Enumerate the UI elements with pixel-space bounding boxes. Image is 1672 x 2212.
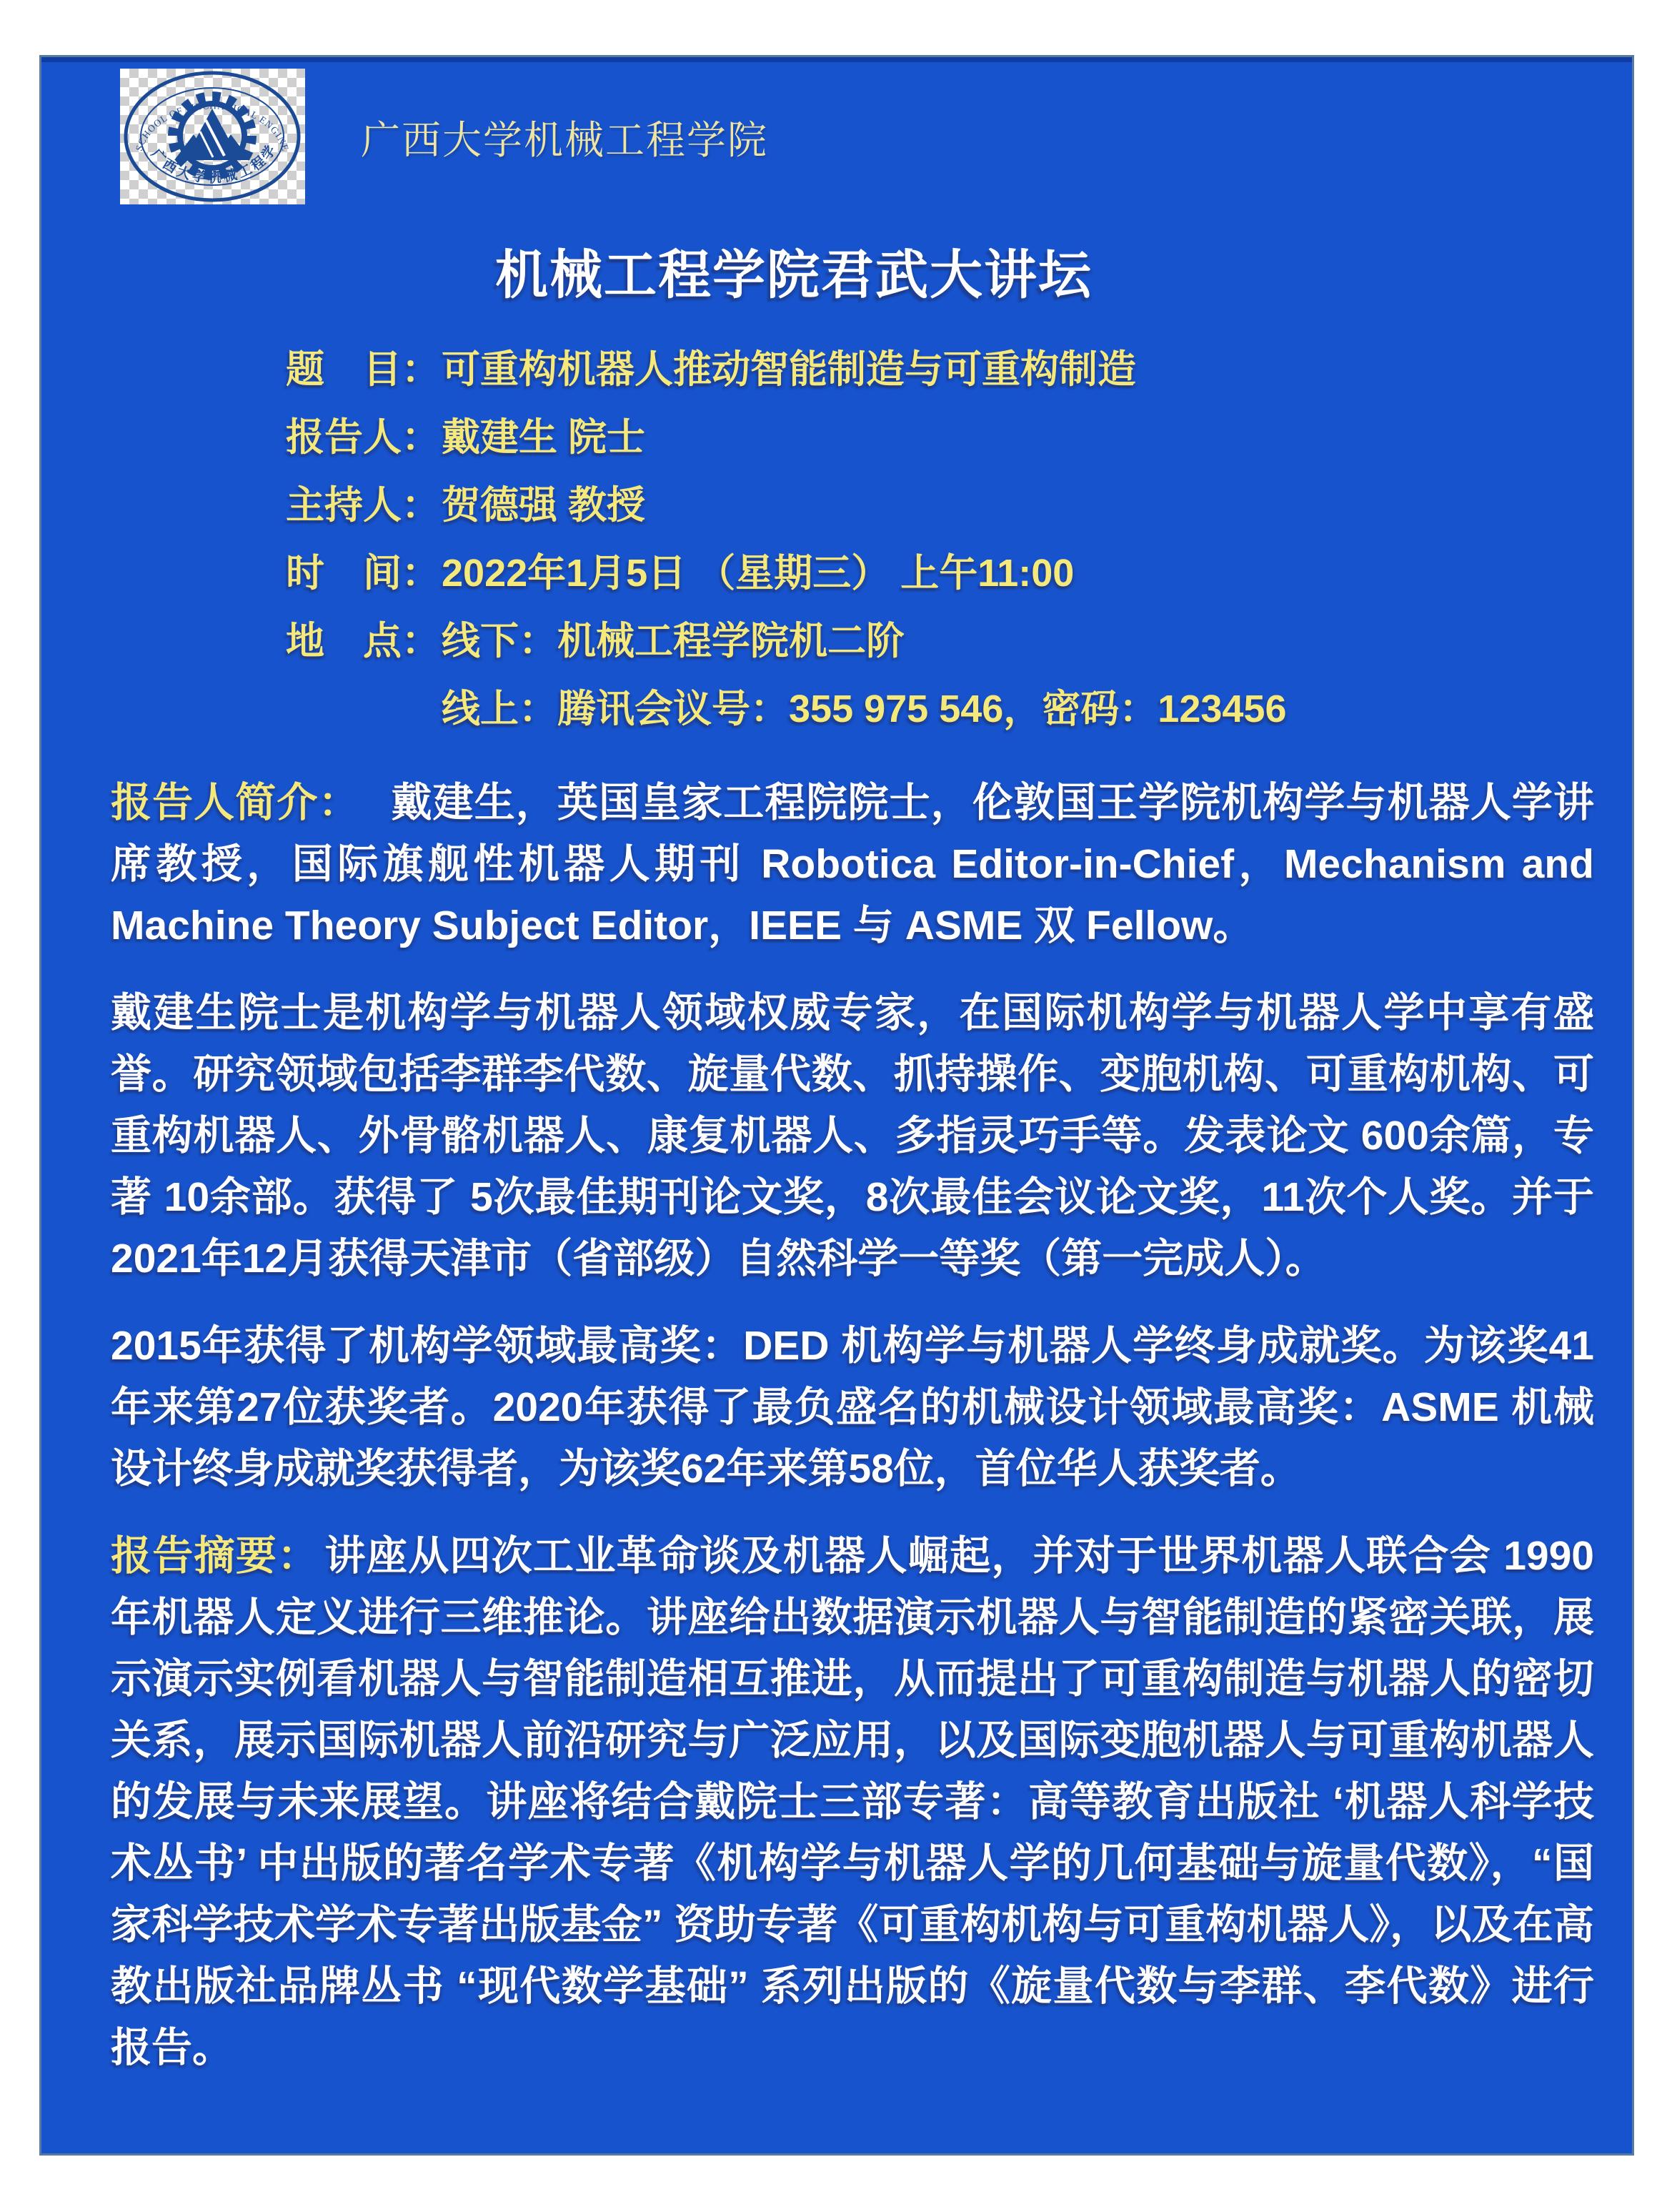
abstract-heading: 报告摘要： (111, 1533, 319, 1579)
school-logo: SCHOOL OF MECHANICAL ENGINEERING 1933 广西… (120, 69, 305, 204)
detail-label: 报告人： (286, 404, 442, 472)
speaker-awards-paragraph: 2015年获得了机构学领域最高奖：DED 机构学与机器人学终身成就奖。为该奖41… (111, 1315, 1594, 1499)
detail-row-location-offline: 地 点：线下：机械工程学院机二阶 (286, 607, 1287, 675)
detail-row-time: 时 间：2022年1月5日 （星期三） 上午11:00 (286, 540, 1287, 607)
forum-title: 机械工程学院君武大讲坛 (495, 233, 1093, 309)
lecture-panel: SCHOOL OF MECHANICAL ENGINEERING 1933 广西… (39, 55, 1634, 2156)
speaker-expertise-text: 戴建生院士是机构学与机器人领域权威专家，在国际机构学与机器人学中享有盛誉。研究领… (111, 990, 1594, 1281)
poster-page: SCHOOL OF MECHANICAL ENGINEERING 1933 广西… (0, 0, 1672, 2212)
speaker-intro-heading: 报告人简介： (111, 780, 360, 825)
abstract-paragraph: 报告摘要：讲座从四次工业革命谈及机器人崛起，并对于世界机器人联合会 1990 年… (111, 1525, 1594, 2078)
speaker-expertise-paragraph: 戴建生院士是机构学与机器人领域权威专家，在国际机构学与机器人学中享有盛誉。研究领… (111, 982, 1594, 1289)
school-seal-svg: SCHOOL OF MECHANICAL ENGINEERING 1933 广西… (120, 69, 305, 204)
detail-label: 地 点： (286, 607, 442, 675)
org-name: 广西大学机械工程学院 (361, 109, 768, 165)
detail-value: 戴建生 院士 (442, 416, 645, 459)
detail-value: 可重构机器人推动智能制造与可重构制造 (442, 348, 1136, 391)
detail-row-topic: 题 目：可重构机器人推动智能制造与可重构制造 (286, 336, 1287, 404)
detail-row-host: 主持人：贺德强 教授 (286, 472, 1287, 540)
detail-label: 时 间： (286, 540, 442, 607)
body-text: 报告人简介：戴建生，英国皇家工程院院士，伦敦国王学院机构学与机器人学讲席教授，国… (111, 772, 1594, 2078)
lecture-details: 题 目：可重构机器人推动智能制造与可重构制造 报告人：戴建生 院士 主持人：贺德… (286, 336, 1287, 743)
detail-value: 2022年1月5日 （星期三） 上午11:00 (442, 552, 1074, 595)
detail-value: 线下：机械工程学院机二阶 (442, 620, 905, 663)
speaker-awards-text: 2015年获得了机构学领域最高奖：DED 机构学与机器人学终身成就奖。为该奖41… (111, 1323, 1594, 1492)
abstract-text: 讲座从四次工业革命谈及机器人崛起，并对于世界机器人联合会 1990 年机器人定义… (111, 1533, 1594, 2070)
detail-label: 题 目： (286, 336, 442, 404)
forum-title-row: 机械工程学院君武大讲坛 (41, 233, 1546, 309)
detail-row-speaker: 报告人：戴建生 院士 (286, 404, 1287, 472)
detail-value: 线上：腾讯会议号：355 975 546，密码：123456 (442, 688, 1287, 730)
detail-value: 贺德强 教授 (442, 484, 645, 527)
speaker-intro-paragraph: 报告人简介：戴建生，英国皇家工程院院士，伦敦国王学院机构学与机器人学讲席教授，国… (111, 772, 1594, 956)
detail-row-location-online: 线上：腾讯会议号：355 975 546，密码：123456 (286, 675, 1287, 743)
detail-label: 主持人： (286, 472, 442, 540)
